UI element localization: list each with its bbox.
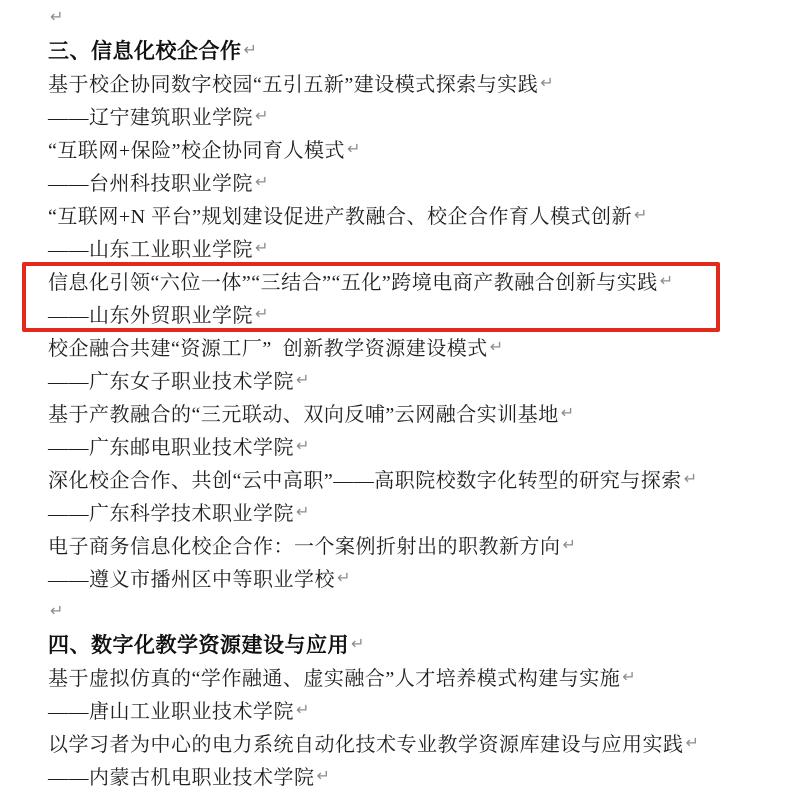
paragraph-mark-icon: ↵	[50, 603, 63, 619]
document-line: ↵	[48, 594, 796, 627]
paragraph-mark-icon: ↵	[686, 735, 699, 751]
item-title: 基于虚拟仿真的“学作融通、虚实融合”人才培养模式构建与实施	[48, 662, 620, 691]
section-heading: 四、数字化教学资源建设与应用↵	[48, 627, 796, 660]
paragraph-mark-icon: ↵	[540, 75, 553, 91]
document-line: “互联网+N 平台”规划建设促进产教融合、校企合作育人模式创新↵	[48, 198, 796, 231]
document-page: ↵ 三、信息化校企合作↵ 基于校企协同数字校园“五引五新”建设模式探索与实践↵ …	[0, 0, 796, 795]
document-line-highlighted: ——山东外贸职业学院↵	[48, 297, 796, 330]
paragraph-mark-icon: ↵	[296, 372, 309, 388]
paragraph-mark-icon: ↵	[684, 471, 697, 487]
document-line: “互联网+保险”校企协同育人模式↵	[48, 132, 796, 165]
item-school: ——遵义市播州区中等职业学校	[48, 563, 335, 592]
paragraph-mark-icon: ↵	[622, 669, 635, 685]
paragraph-mark-icon: ↵	[296, 504, 309, 520]
section-heading-text: 四、数字化教学资源建设与应用	[48, 629, 349, 659]
paragraph-mark-icon: ↵	[337, 570, 350, 586]
paragraph-mark-icon: ↵	[255, 240, 268, 256]
paragraph-mark-icon: ↵	[490, 339, 503, 355]
section-heading-text: 三、信息化校企合作	[48, 35, 242, 65]
item-school: ——广东邮电职业技术学院	[48, 431, 294, 460]
item-title: 以学习者为中心的电力系统自动化技术专业教学资源库建设与应用实践	[48, 728, 684, 757]
paragraph-mark-icon: ↵	[347, 141, 360, 157]
paragraph-mark-icon: ↵	[563, 537, 576, 553]
document-line: ——台州科技职业学院↵	[48, 165, 796, 198]
document-line: 基于产教融合的“三元联动、双向反哺”云网融合实训基地↵	[48, 396, 796, 429]
item-school: ——内蒙古机电职业技术学院	[48, 761, 315, 790]
document-line: 基于虚拟仿真的“学作融通、虚实融合”人才培养模式构建与实施↵	[48, 660, 796, 693]
item-title: “互联网+保险”校企协同育人模式	[48, 134, 345, 163]
section-heading: 三、信息化校企合作↵	[48, 33, 796, 66]
document-line: 以学习者为中心的电力系统自动化技术专业教学资源库建设与应用实践↵	[48, 726, 796, 759]
item-school: ——山东外贸职业学院	[48, 299, 253, 328]
item-title: 深化校企合作、共创“云中高职”——高职院校数字化转型的研究与探索	[48, 464, 682, 493]
item-title: 基于产教融合的“三元联动、双向反哺”云网融合实训基地	[48, 398, 559, 427]
document-line: ——广东女子职业技术学院↵	[48, 363, 796, 396]
item-school: ——唐山工业职业技术学院	[48, 695, 294, 724]
item-school: ——辽宁建筑职业学院	[48, 101, 253, 130]
paragraph-mark-icon: ↵	[351, 636, 364, 652]
paragraph-mark-icon: ↵	[296, 438, 309, 454]
paragraph-mark-icon: ↵	[244, 42, 257, 58]
item-school: ——广东科学技术职业学院	[48, 497, 294, 526]
document-line-highlighted: 信息化引领“六位一体”“三结合”“五化”跨境电商产教融合创新与实践↵	[48, 264, 796, 297]
item-title: 校企融合共建“资源工厂” 创新教学资源建设模式	[48, 332, 488, 361]
paragraph-mark-icon: ↵	[317, 768, 330, 784]
paragraph-mark-icon: ↵	[255, 306, 268, 322]
document-line: ——辽宁建筑职业学院↵	[48, 99, 796, 132]
document-line: ——广东科学技术职业学院↵	[48, 495, 796, 528]
paragraph-mark-icon: ↵	[255, 174, 268, 190]
document-content: ↵ 三、信息化校企合作↵ 基于校企协同数字校园“五引五新”建设模式探索与实践↵ …	[0, 0, 796, 792]
paragraph-mark-icon: ↵	[296, 702, 309, 718]
document-line: ——山东工业职业学院↵	[48, 231, 796, 264]
paragraph-mark-icon: ↵	[50, 9, 63, 25]
item-school: ——广东女子职业技术学院	[48, 365, 294, 394]
document-line: 深化校企合作、共创“云中高职”——高职院校数字化转型的研究与探索↵	[48, 462, 796, 495]
item-school: ——台州科技职业学院	[48, 167, 253, 196]
item-title: 基于校企协同数字校园“五引五新”建设模式探索与实践	[48, 68, 538, 97]
document-line: ——内蒙古机电职业技术学院↵	[48, 759, 796, 792]
document-line: ↵	[48, 0, 796, 33]
item-title: 信息化引领“六位一体”“三结合”“五化”跨境电商产教融合创新与实践	[48, 266, 658, 295]
document-line: ——唐山工业职业技术学院↵	[48, 693, 796, 726]
document-line: 校企融合共建“资源工厂” 创新教学资源建设模式↵	[48, 330, 796, 363]
paragraph-mark-icon: ↵	[255, 108, 268, 124]
paragraph-mark-icon: ↵	[634, 207, 647, 223]
paragraph-mark-icon: ↵	[660, 273, 673, 289]
item-title: “互联网+N 平台”规划建设促进产教融合、校企合作育人模式创新	[48, 200, 632, 229]
item-title: 电子商务信息化校企合作：一个案例折射出的职教新方向	[48, 530, 561, 559]
paragraph-mark-icon: ↵	[561, 405, 574, 421]
document-line: 电子商务信息化校企合作：一个案例折射出的职教新方向↵	[48, 528, 796, 561]
document-line: ——遵义市播州区中等职业学校↵	[48, 561, 796, 594]
item-school: ——山东工业职业学院	[48, 233, 253, 262]
document-line: 基于校企协同数字校园“五引五新”建设模式探索与实践↵	[48, 66, 796, 99]
document-line: ——广东邮电职业技术学院↵	[48, 429, 796, 462]
